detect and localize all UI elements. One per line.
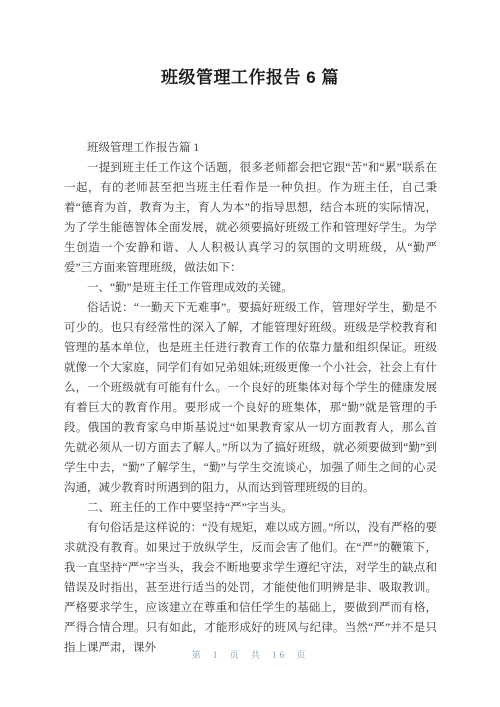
paragraph: 有句俗话是这样说的：“没有规矩，难以成方圆。”所以，没有严格的要求就没有教育。如…: [64, 518, 437, 658]
paragraph: 二、班主任的工作中要坚持“严”字当头。: [64, 498, 437, 518]
paragraph: 班级管理工作报告篇 1: [64, 138, 437, 158]
paragraph: 一、“勤”是班主任工作管理成效的关键。: [64, 278, 437, 298]
page-number-footer: 第 1 页 共 16 页: [0, 648, 500, 661]
paragraph: 俗话说：“一勤天下无难事”。要搞好班级工作，管理好学生，勤是不可少的。也只有经常…: [64, 298, 437, 498]
paragraph: 一提到班主任工作这个话题，很多老师都会把它跟“苦”和“累”联系在一起，有的老师甚…: [64, 158, 437, 278]
document-body: 班级管理工作报告篇 1一提到班主任工作这个话题，很多老师都会把它跟“苦”和“累”…: [64, 138, 437, 658]
document-page: 班级管理工作报告 6 篇 班级管理工作报告篇 1一提到班主任工作这个话题，很多老…: [0, 0, 500, 707]
document-title: 班级管理工作报告 6 篇: [0, 66, 500, 90]
